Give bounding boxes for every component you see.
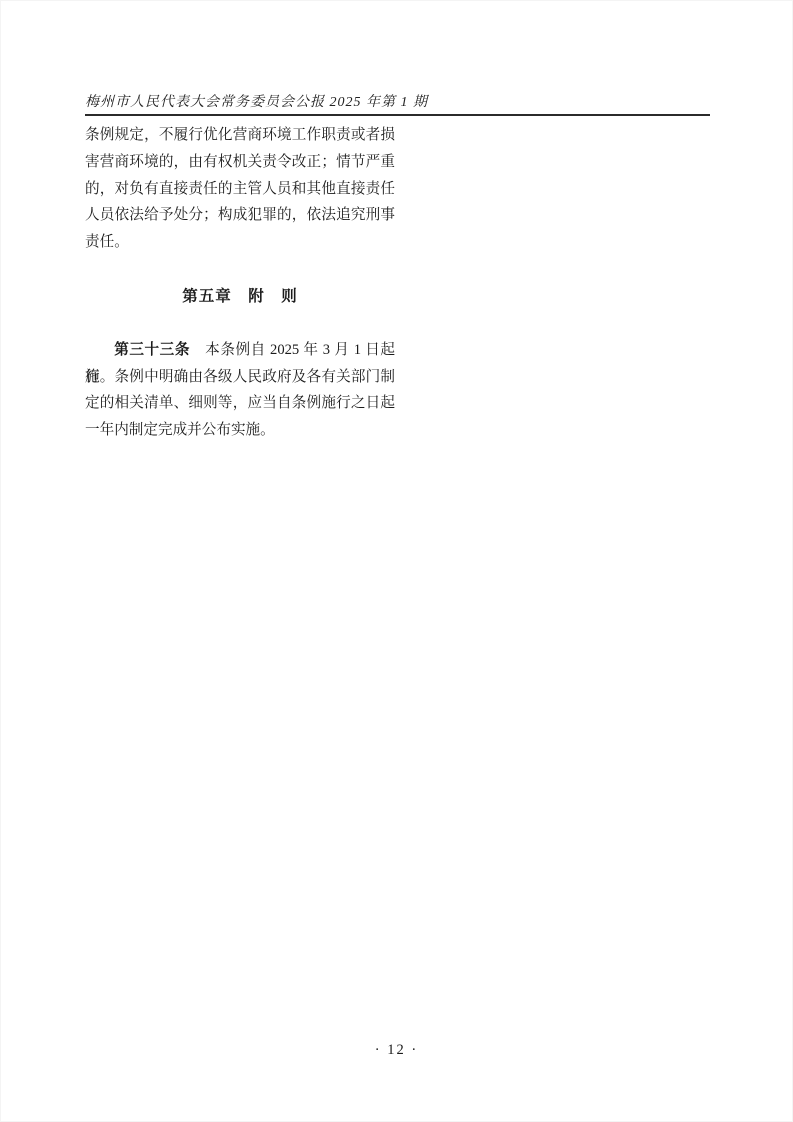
paragraph: 第三十三条 本条例自 2025 年 3 月 1 日起施行。条例中明确由各级人民政… bbox=[85, 337, 395, 444]
body-line: 害营商环境的，由有权机关责令改正；情节严重 bbox=[85, 149, 395, 176]
body-line: 的，对负有直接责任的主管人员和其他直接责任 bbox=[85, 176, 395, 203]
article-number: 第三十三条 bbox=[114, 342, 190, 358]
body-line: 责任。 bbox=[85, 229, 395, 256]
body-line: 定的相关清单、细则等，应当自条例施行之日起 bbox=[85, 390, 395, 417]
page-number: · 12 · bbox=[375, 1042, 418, 1058]
body-line: 第三十三条 本条例自 2025 年 3 月 1 日起施 bbox=[85, 337, 395, 364]
text-column: 条例规定，不履行优化营商环境工作职责或者损害营商环境的，由有权机关责令改正；情节… bbox=[85, 122, 395, 444]
body-line: 一年内制定完成并公布实施。 bbox=[85, 417, 395, 444]
body-line: 行。条例中明确由各级人民政府及各有关部门制 bbox=[85, 364, 395, 391]
header-rule bbox=[85, 114, 710, 116]
paragraph: 条例规定，不履行优化营商环境工作职责或者损害营商环境的，由有权机关责令改正；情节… bbox=[85, 122, 395, 256]
body-line: 条例规定，不履行优化营商环境工作职责或者损 bbox=[85, 122, 395, 149]
page-footer: · 12 · bbox=[0, 1042, 793, 1059]
document-page: 梅州市人民代表大会常务委员会公报 2025 年第 1 期 条例规定，不履行优化营… bbox=[0, 0, 793, 1122]
body-line: 人员依法给予处分；构成犯罪的，依法追究刑事 bbox=[85, 202, 395, 229]
chapter-heading: 第五章 附 则 bbox=[85, 284, 395, 311]
running-header-title: 梅州市人民代表大会常务委员会公报 2025 年第 1 期 bbox=[85, 91, 710, 111]
